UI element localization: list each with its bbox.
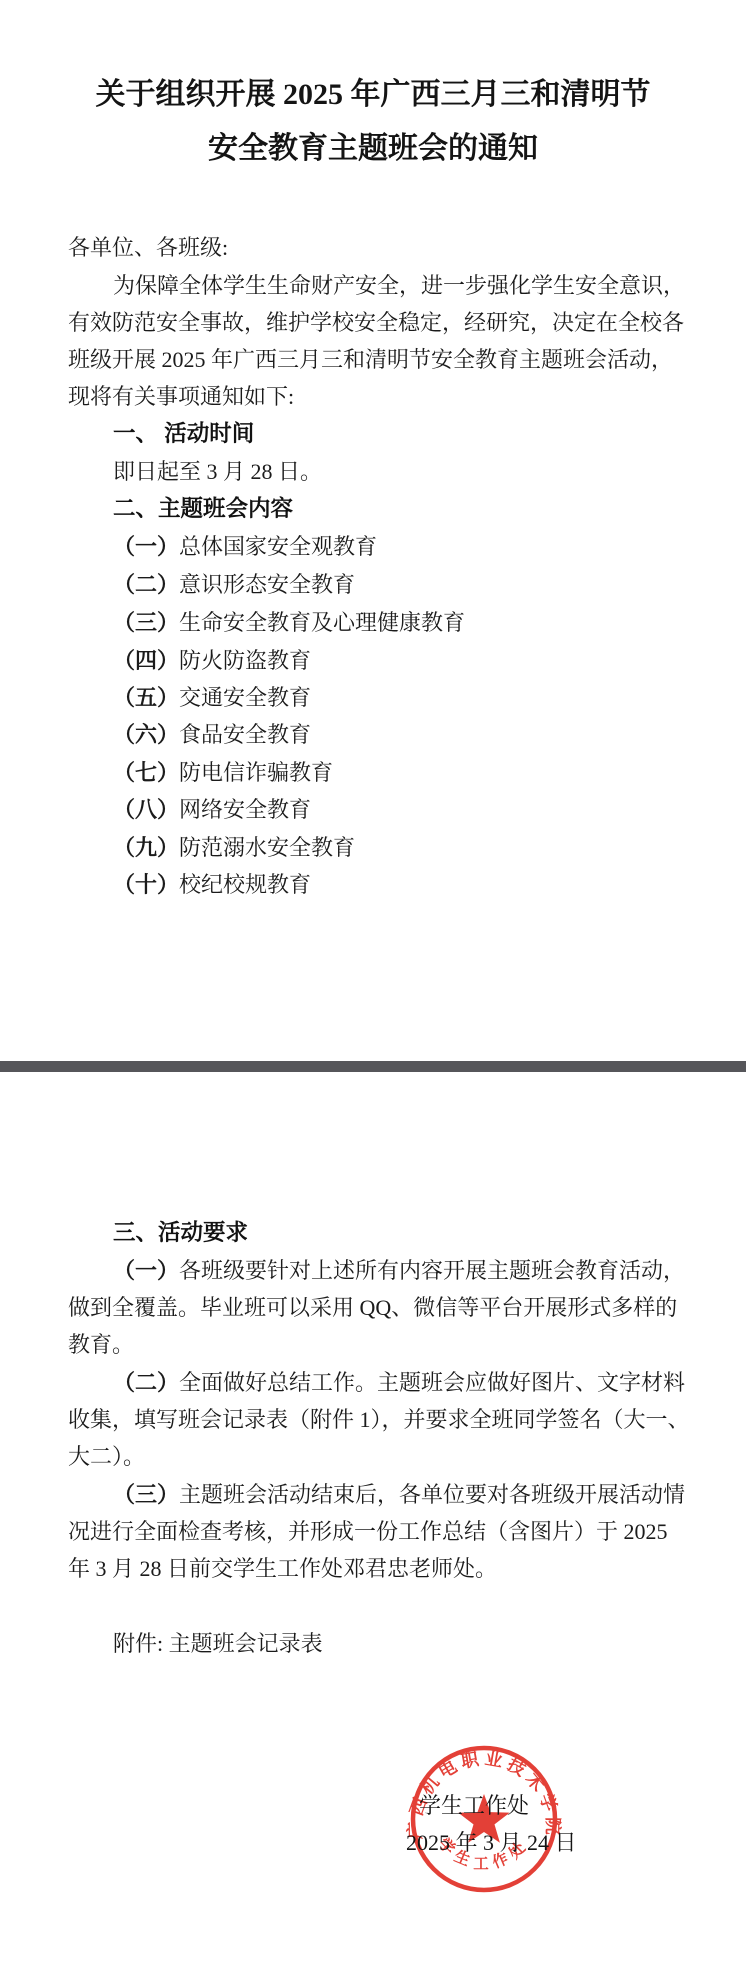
notice-title-line-2: 安全教育主题班会的通知 bbox=[0, 134, 746, 164]
topic-item: （十）校纪校规教育 bbox=[113, 874, 311, 896]
requirement-text: 各班级要针对上述所有内容开展主题班会教育活动， bbox=[179, 1258, 685, 1283]
topic-text: 校纪校规教育 bbox=[179, 872, 311, 897]
topic-text: 交通安全教育 bbox=[179, 685, 311, 710]
topic-item: （二）意识形态安全教育 bbox=[113, 574, 355, 596]
topic-text: 防范溺水安全教育 bbox=[179, 835, 355, 860]
requirement-line: 大二）。 bbox=[68, 1446, 145, 1468]
topic-number: （十） bbox=[113, 872, 179, 897]
requirement-text: 主题班会活动结束后，各单位要对各班级开展活动情 bbox=[179, 1482, 685, 1507]
topic-number: （四） bbox=[113, 648, 179, 673]
section-heading-activity-requirements: 三、活动要求 bbox=[113, 1222, 248, 1245]
requirement-line: 收集，填写班会记录表（附件 1），并要求全班同学签名（大一、 bbox=[68, 1409, 690, 1431]
attachment-note: 附件: 主题班会记录表 bbox=[113, 1633, 323, 1655]
notice-document: { "page": { "background": "#ffffff", "se… bbox=[0, 0, 746, 1979]
topic-text: 意识形态安全教育 bbox=[179, 572, 355, 597]
topic-number: （六） bbox=[113, 722, 179, 747]
requirement-line: 况进行全面检查考核，并形成一份工作总结（含图片）于 2025 bbox=[68, 1521, 668, 1543]
topic-item: （九）防范溺水安全教育 bbox=[113, 837, 355, 859]
topic-text: 防火防盗教育 bbox=[179, 648, 311, 673]
requirement-number: （二） bbox=[113, 1370, 179, 1395]
topic-text: 网络安全教育 bbox=[179, 797, 311, 822]
topic-item: （五）交通安全教育 bbox=[113, 687, 311, 709]
topic-number: （三） bbox=[113, 610, 179, 635]
requirement-line: 做到全覆盖。毕业班可以采用 QQ、微信等平台开展形式多样的 bbox=[68, 1297, 677, 1319]
requirement-line: 年 3 月 28 日前交学生工作处邓君忠老师处。 bbox=[68, 1558, 497, 1580]
official-seal-graphic: 广西机电职业技术学院 学生工作处 bbox=[398, 1733, 570, 1905]
requirement-line: （一）各班级要针对上述所有内容开展主题班会教育活动， bbox=[113, 1260, 685, 1282]
topic-item: （四）防火防盗教育 bbox=[113, 650, 311, 672]
requirement-text: 全面做好总结工作。主题班会应做好图片、文字材料 bbox=[179, 1370, 685, 1395]
intro-line: 为保障全体学生生命财产安全，进一步强化学生安全意识， bbox=[113, 275, 685, 297]
topic-number: （五） bbox=[113, 685, 179, 710]
salutation: 各单位、各班级: bbox=[68, 237, 228, 259]
topic-text: 食品安全教育 bbox=[179, 722, 311, 747]
intro-line: 现将有关事项通知如下: bbox=[68, 386, 294, 408]
topic-number: （一） bbox=[113, 534, 179, 559]
activity-time-text: 即日起至 3 月 28 日。 bbox=[113, 461, 322, 483]
section-heading-activity-time: 一、 活动时间 bbox=[113, 423, 254, 446]
topic-text: 生命安全教育及心理健康教育 bbox=[179, 610, 465, 635]
topic-item: （三）生命安全教育及心理健康教育 bbox=[113, 612, 465, 634]
topic-number: （八） bbox=[113, 797, 179, 822]
topic-number: （七） bbox=[113, 760, 179, 785]
section-heading-meeting-content: 二、主题班会内容 bbox=[113, 498, 293, 521]
intro-line: 有效防范安全事故，维护学校安全稳定，经研究，决定在全校各 bbox=[68, 312, 684, 334]
page-break-separator bbox=[0, 1061, 746, 1072]
topic-item: （七）防电信诈骗教育 bbox=[113, 762, 333, 784]
intro-line: 班级开展 2025 年广西三月三和清明节安全教育主题班会活动， bbox=[68, 349, 673, 371]
signing-unit: 学生工作处 bbox=[419, 1795, 529, 1817]
topic-item: （一）总体国家安全观教育 bbox=[113, 536, 377, 558]
signing-date: 2025 年 3 月 24 日 bbox=[406, 1832, 577, 1854]
topic-text: 防电信诈骗教育 bbox=[179, 760, 333, 785]
requirement-line: （二）全面做好总结工作。主题班会应做好图片、文字材料 bbox=[113, 1372, 685, 1394]
official-seal: 广西机电职业技术学院 学生工作处 bbox=[398, 1733, 570, 1905]
topic-item: （八）网络安全教育 bbox=[113, 799, 311, 821]
requirement-number: （一） bbox=[113, 1258, 179, 1283]
notice-title-line-1: 关于组织开展 2025 年广西三月三和清明节 bbox=[0, 80, 746, 110]
topic-number: （九） bbox=[113, 835, 179, 860]
topic-number: （二） bbox=[113, 572, 179, 597]
requirement-line: 教育。 bbox=[68, 1334, 134, 1356]
topic-item: （六）食品安全教育 bbox=[113, 724, 311, 746]
topic-text: 总体国家安全观教育 bbox=[179, 534, 377, 559]
requirement-number: （三） bbox=[113, 1482, 179, 1507]
requirement-line: （三）主题班会活动结束后，各单位要对各班级开展活动情 bbox=[113, 1484, 685, 1506]
